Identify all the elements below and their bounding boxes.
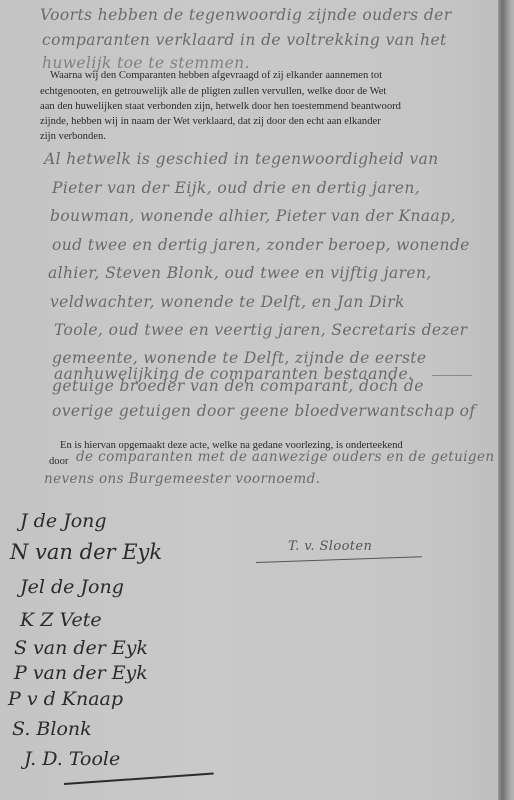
handwritten-line: comparanten verklaard in de voltrekking … <box>42 33 447 49</box>
printed-line: aan den huwelijken staat verbonden zijn,… <box>40 102 401 113</box>
signature: P van der Eyk <box>14 664 148 683</box>
handwritten-line: bouwman, wonende alhier, Pieter van der … <box>50 209 456 225</box>
handwritten-line: overige getuigen door geene bloedverwant… <box>52 404 476 420</box>
printed-line: zijn verbonden. <box>40 132 106 143</box>
handwritten-line: alhier, Steven Blonk, oud twee en vijfti… <box>48 266 432 282</box>
official-signature-underline <box>256 556 422 563</box>
signature: P v d Knaap <box>8 690 123 709</box>
signature-underline <box>64 773 214 785</box>
printed-line: echtgenooten, en getrouwelijk alle de pl… <box>40 87 386 98</box>
handwritten-line-last: aanhuwelijking de comparanten bestaande. <box>54 367 413 383</box>
printed-line: zijnde, hebben wij in naam der Wet verkl… <box>40 117 381 128</box>
printed-line: door <box>49 457 68 468</box>
printed-line: Waarna wij den Comparanten hebben afgevr… <box>50 71 382 82</box>
signature: K Z Vete <box>20 611 102 630</box>
handwritten-line: Pieter van der Eijk, oud drie en dertig … <box>52 181 420 197</box>
handwritten-line: Voorts hebben de tegenwoordig zijnde oud… <box>40 8 452 24</box>
handwritten-line: oud twee en dertig jaren, zonder beroep,… <box>52 238 470 254</box>
handwritten-line: nevens ons Burgemeester voornoemd. <box>44 473 320 487</box>
official-signature: T. v. Slooten <box>288 540 372 553</box>
signature: J de Jong <box>20 512 107 531</box>
handwritten-line: de comparanten met de aanwezige ouders e… <box>76 451 494 465</box>
handwritten-line: Al hetwelk is geschied in tegenwoordighe… <box>44 152 439 168</box>
page-binding-edge <box>498 0 514 800</box>
signature: N van der Eyk <box>10 542 162 563</box>
handwritten-line: Toole, oud twee en veertig jaren, Secret… <box>54 323 467 339</box>
signature: S van der Eyk <box>14 639 148 658</box>
signature: S. Blonk <box>12 720 92 739</box>
handwritten-line: veldwachter, wonende te Delft, en Jan Di… <box>50 295 405 311</box>
signature: Jel de Jong <box>20 578 124 597</box>
register-page: Voorts hebben de tegenwoordig zijnde oud… <box>0 0 498 800</box>
signature: J. D. Toole <box>24 750 120 769</box>
closing-dash <box>432 375 472 376</box>
